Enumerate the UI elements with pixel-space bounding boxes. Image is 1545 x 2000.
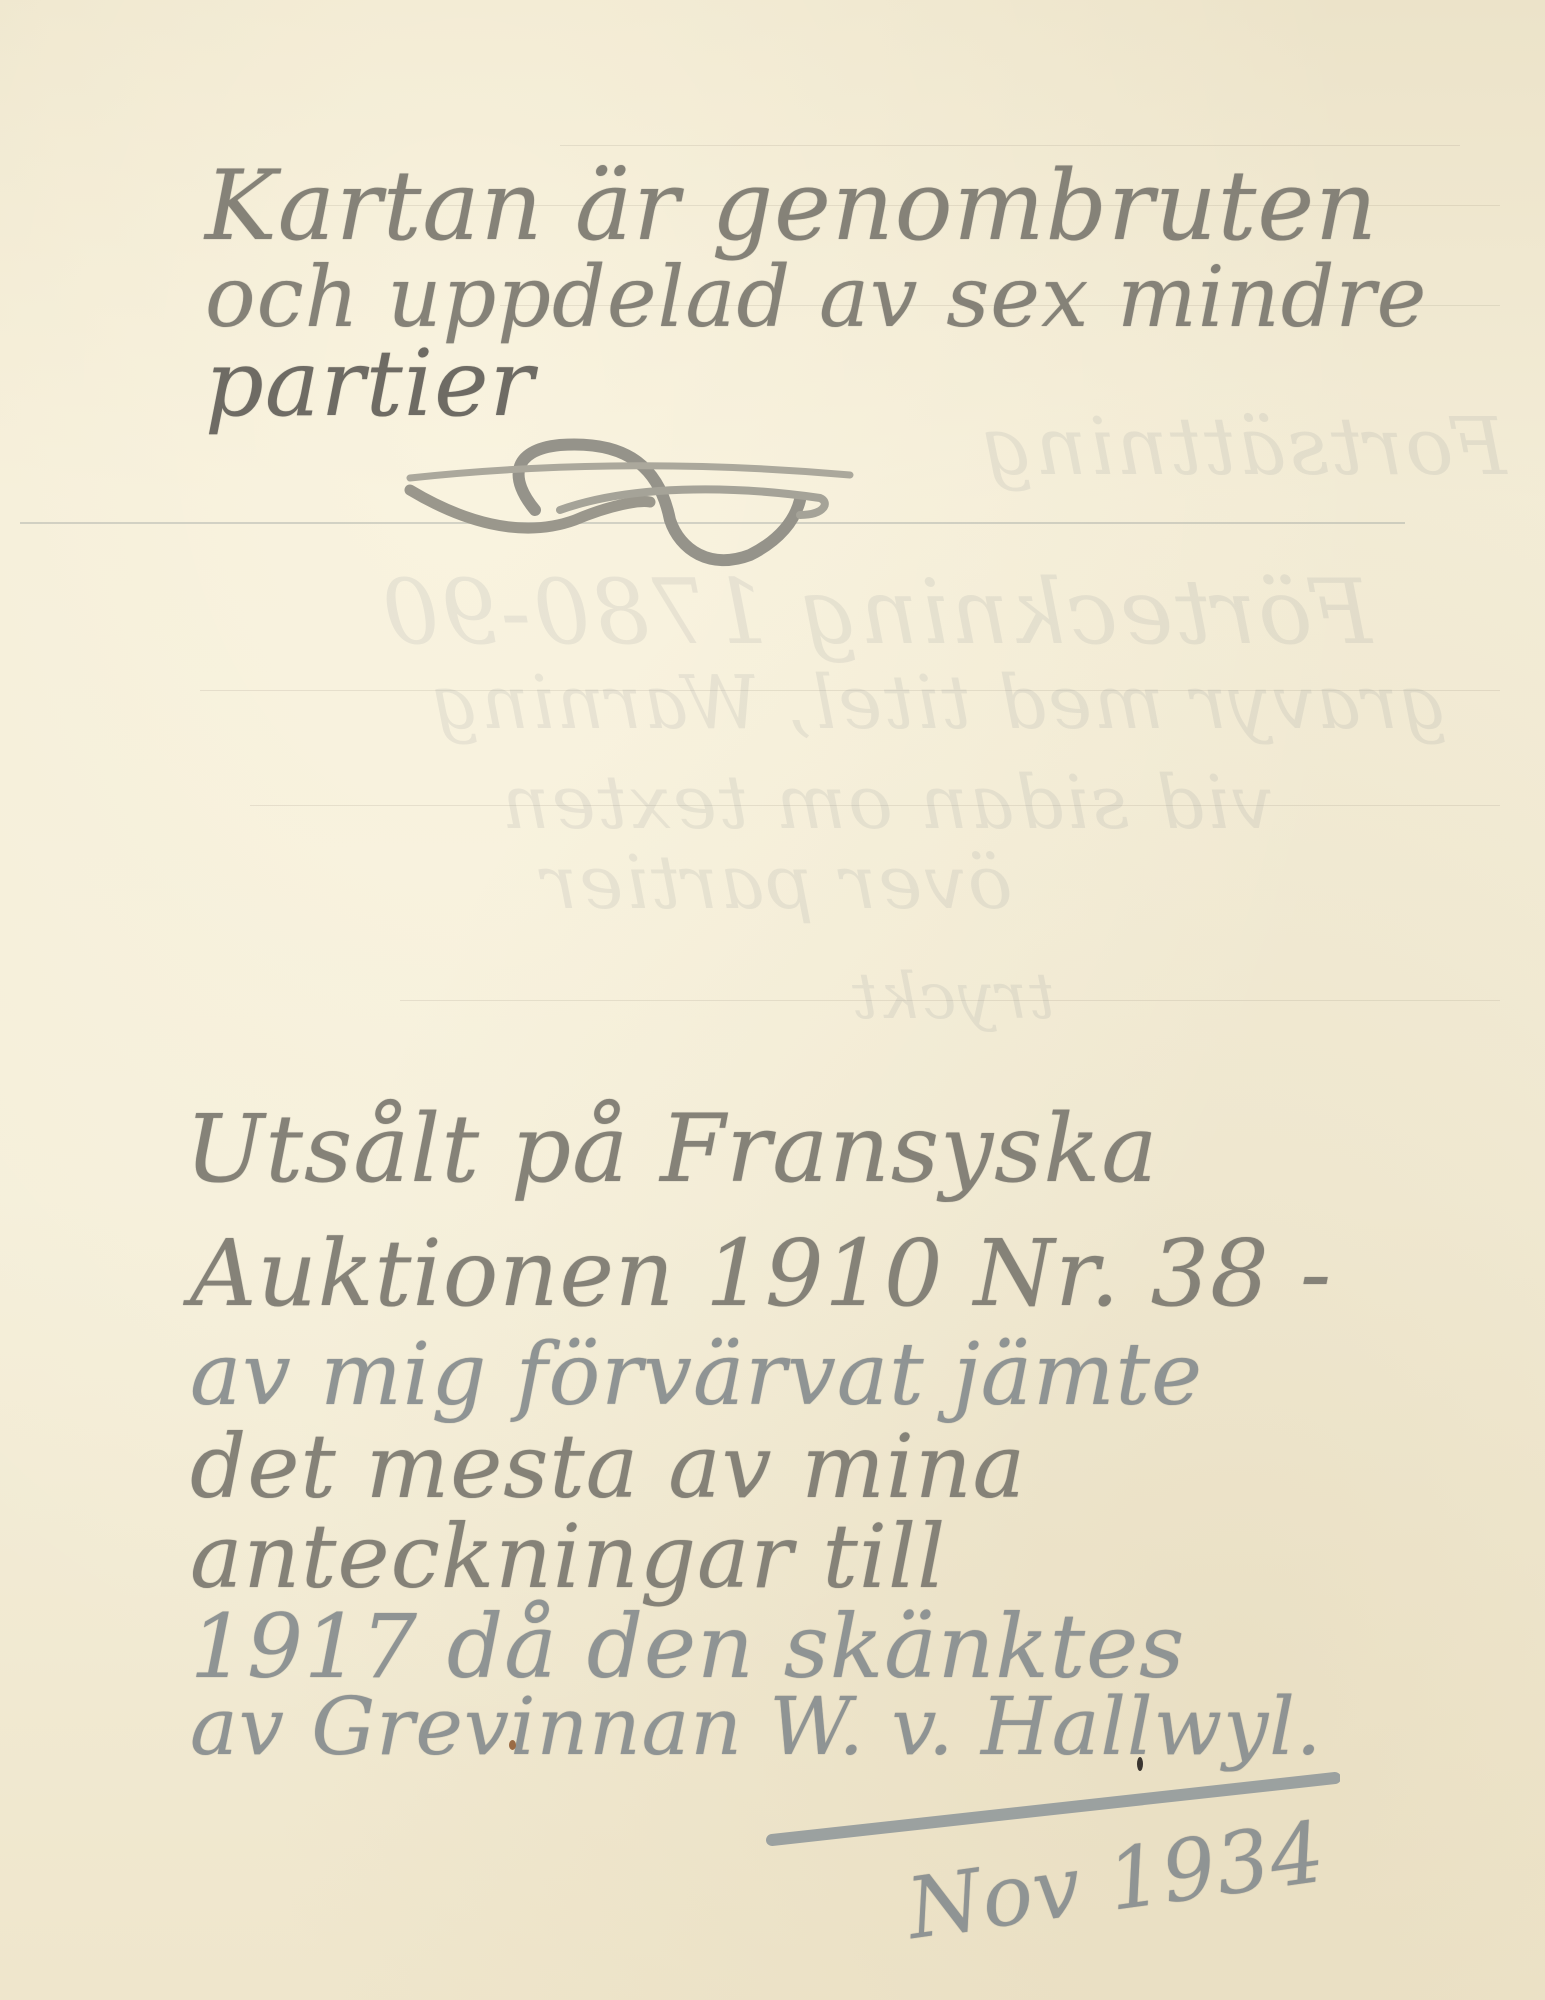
flourish-paraph-icon: [400, 430, 860, 580]
bottom-note-line-5: anteckningar till: [190, 1505, 946, 1608]
ink-spot: [1137, 1757, 1143, 1771]
ruled-line: [560, 145, 1460, 146]
top-note-line-1: Kartan är genombruten: [205, 150, 1378, 262]
bottom-note-line-2: Auktionen 1910 Nr. 38 -: [190, 1220, 1332, 1327]
bottom-note-line-3: av mig förvärvat jämte: [190, 1325, 1203, 1425]
ink-spot: [509, 1740, 516, 1750]
bottom-note-line-7: av Grevinnan W. v. Hallwyl.: [190, 1680, 1322, 1773]
show-through-line: gravyr med titel, Warning: [430, 660, 1447, 746]
show-through-line: Fortsättning: [980, 400, 1507, 493]
bottom-note-line-1: Utsålt på Fransyska: [185, 1095, 1158, 1204]
show-through-line: över partier: [540, 840, 1012, 926]
show-through-line: tryckt: [850, 960, 1055, 1034]
show-through-line: vid sidan om texten: [500, 760, 1273, 846]
document-page: Fortsättning Förteckning 1780-90 gravyr …: [0, 0, 1545, 2000]
bottom-note-line-4: det mesta av mina: [190, 1415, 1026, 1518]
top-note-line-3: partier: [205, 330, 535, 437]
